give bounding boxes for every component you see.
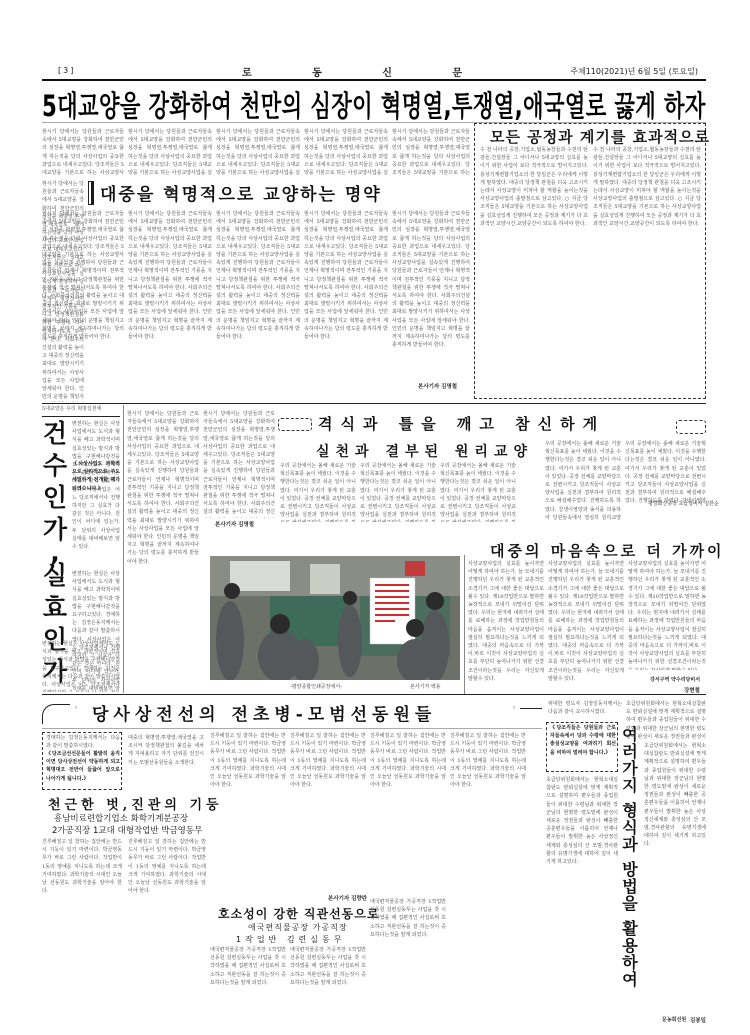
bottom-story-3-quote: 《당조직들은 당원들과 근로자들속에서 당과 수령에 대한 충실성교양을 여과히… [550,724,616,770]
banner-title: 격식과 틀을 깨고 참신하게 [318,413,605,434]
banner-ornament-left [278,418,312,431]
bottom-story-3-col-top: 초급당위원회에서는 현혁소대실참판도 딴뢰실설에 맞게 계획적으로 설명하여 편… [626,700,706,740]
sub-article-2-col-1: 사상교양사업의 실효를 높이자면 어떻게 하여야 하는가. 늘 모내기를 진행하… [468,560,544,692]
bottom-story-2-title: 호소성이 강한 직관선동으로 [218,905,379,922]
title-char: 지 [622,777,637,794]
bottom-story-1-byline: 본사기자 김향란 [328,894,367,902]
title-char: 실 [43,560,67,592]
column-divider [464,555,465,695]
sub-article-2-byline-name: 강현철 [684,686,700,694]
title-char: 형 [622,802,637,819]
bottom-story-1-col-2: 진루해질고 일 잘하는 집안에는 반드시 기둥이 있기 마련이다. 박금영동무가… [128,838,206,1028]
bottom-story-3-col-2: 초급당위원회에서는 현혁소대실참판도 딴뢰실설에 맞게 계획적으로 설명하여 편… [644,742,706,1018]
banner-curl-left-icon [42,704,70,724]
section-divider [42,403,706,404]
title-char: 여 [622,971,637,988]
lead-article-col-3b: 현시기 당에서는 당원들과 근로자들속에서 5대교양을 강화하여 천만군민의 심… [216,210,300,402]
left-article-quote: 《사상사업도 과학적으로,실리적으로 주도세밀하게 전개할 때가 되였습니다.》 [72,460,120,490]
bracket-left [88,181,94,205]
sidebar-col-1: 수 천 나라의 공장,기업소,협동농장들과 수천리 탄광들,건설장들 그 어디서… [480,146,588,396]
bottom-story-3-byline-name: 김봉일 [690,1016,706,1024]
lead-article-col-4a: 현시기 당에서는 당원들과 근로자들속에서 5대교양을 강화하여 천만군민의 심… [304,128,388,176]
paper-name-char: 동 [312,64,322,79]
newspaper-name: 로 동 신 문 [242,64,462,79]
left-article-col-c: 변천하는 현실은 사상사업에서도 도식과 형식을 배고 과학적이며 실효성있는 … [42,640,120,692]
page-number: [3] [58,66,75,75]
bottom-story-2-col-3: 애국편직물공장 가공직장 1작업반 선동원 김련실동무는 사업을 갓 시작하였을… [370,898,446,1026]
lead-article-col-4b: 현시기 당에서는 당원들과 근로자들속에서 5대교양을 강화하여 천만군민의 심… [304,210,388,402]
banner-ornament-right [676,420,706,434]
bottom-story-1-title: 천근한 벗,진관의 기둥 [48,794,223,813]
mid-byline: 본사기자 김명철 [215,520,254,528]
section-divider [42,694,706,695]
bottom-story-1-col-6: 진루해질고 일 잘하는 집안에는 반드시 기둥이 있기 마련이다. 박금영동무가… [450,732,526,1022]
title-char: 가 [622,760,637,777]
banner-tail-line [520,708,542,709]
bottom-story-3-col-1: 초급당위원회에서는 현혁소대실참판도 딴뢰실설에 맞게 계획적으로 설명하여 편… [546,776,618,1026]
issue-date: 주체110(2021)년 6월 5일 (토요일) [570,66,698,77]
mid-col-2: 현시기 당에서는 당원들과 근로자들속에서 5대교양을 강화하여 천만군민의 심… [203,410,275,518]
title-char: 용 [622,937,637,954]
lead-article-col-5b: 현시기 당에서는 당원들과 근로자들속에서 5대교양을 강화하여 천만군민의 심… [392,210,470,380]
lead-article-col-3a: 현시기 당에서는 당원들과 근로자들속에서 5대교양을 강화하여 천만군민의 심… [216,128,300,176]
left-article-col-a: 변천하는 현실은 사상사업에서도 도식과 형식을 배고 과학적이며 실효성있는 … [72,420,120,570]
title-char: 을 [622,895,637,912]
sub-article-1-byline: 평양화산공장 초급당비서 김한순 [648,500,719,507]
title-char: 식 [622,819,637,836]
sub-article-1-col-4: 우리 공장에서는 올해 새로운 기술혁신목표를 높이 세웠다. 이것을 수행한다… [545,440,621,520]
lead-article-col-1a: 현시기 당에서는 당원들과 근로자들속에서 5대교양을 강화하여 천만군민의 심… [42,128,124,176]
photo-illustration [210,556,460,680]
bottom-story-2-subtitle-2: 1작업반 김련실동무 [236,934,345,945]
left-article-top-line: 5대교양은 우리 혁명실천에 [42,405,120,415]
paper-name-char: 문 [452,64,462,79]
sub-article-2-title: 대중의 마음속으로 더 가까이 [490,540,725,561]
sub-article-1-title: 실천과 결부된 원리교양 [316,441,533,461]
paper-name-char: 신 [382,64,392,79]
title-char: 하 [622,954,637,971]
lead-byline: 본사기자 김명철 [418,382,457,390]
lead-article-col-5a: 현시기 당에서는 당원들과 근로자들속에서 5대교양을 강화하여 천만군민의 심… [392,128,470,176]
title-char: , [50,546,60,560]
banner-dot-icon: ◦ [512,704,516,712]
sub-article-2-byline-org: 강서구역 약수리당비서 [650,676,700,683]
title-char: 활 [622,920,637,937]
bottom-story-3-byline-org: 문농회선원 [662,1016,686,1023]
bottom-story-1-col-5: 진루해질고 일 잘하는 집안에는 반드시 기둥이 있기 마련이다. 박금영동무가… [370,732,446,892]
bottom-story-3-intro: 위대한 령도자 김정일동지께서는 다음과 같이 교시하시였다. [548,700,622,720]
title-char: 건 [43,418,67,450]
banner-underline [42,728,542,729]
paper-name-char: 로 [242,64,252,79]
bottom-story-1-subtitle-1: 흥남비료련합기업소 화학기계분공장 [54,812,188,824]
title-char: 인 [43,482,67,514]
lead-article-col-2a: 현시기 당에서는 당원들과 근로자들속에서 5대교양을 강화하여 천만군민의 심… [128,128,212,176]
bottom-story-1-col-1: 진루해질고 일 잘하는 집안에는 반드시 기둥이 있기 마련이다. 박금영동무가… [42,838,122,1028]
bottom-story-2-col-1: 애국편직물공장 가공직장 1작업반 선동원 김련실동무는 사업을 갓 시작하였을… [210,946,286,1026]
photo-credit: 본사기자 백용 [410,683,441,690]
title-char: 러 [622,743,637,760]
title-char: 과 [622,836,637,853]
left-article-rule [42,416,120,417]
mid-col-1: 현시기 당에서는 당원들과 근로자들속에서 5대교양을 강화하여 천만군민의 심… [127,410,199,690]
bottom-story-2-subtitle-1: 애국편직물공장 가공직장 [248,922,348,933]
photo-caption: -평양종합인쇄공장에서- [290,683,342,690]
sub-article-1-col-2: 우리 공장에서는 올해 새로운 기술혁신목표를 높이 세웠다. 이것을 수행한다… [360,462,436,522]
bottom-intro-quote: 《당조금선선문들이 활발히 움직이면 당사상전선이 약동하게 되고 혁명대오 전… [46,750,120,788]
sub-article-1-col-3: 우리 공장에서는 올해 새로운 기술혁신목표를 높이 세웠다. 이것을 수행한다… [440,462,516,522]
sidebar-col-2: 수 천 나라의 공장,기업소,협동농장들과 수천리 탄광들,건설장들 그 어디서… [593,146,701,396]
banner-dot-icon: ◦ [74,704,78,712]
sub-article-1-col-1: 우리 공장에서는 올해 새로운 기술혁신목표를 높이 세웠다. 이것을 수행한다… [280,462,356,522]
sidebar-title: 모든 공정과 계기를 효과적으로 [490,126,710,147]
title-char: 효 [43,592,67,624]
page-headline: 5대교양을 강화하여 천만의 심장이 혁명열,투쟁열,애국열로 끓게 하자 [42,84,529,122]
bottom-story-2-col-2: 애국편직물공장 가공직장 1작업반 선동원 김련실동무는 사업을 갓 시작하였을… [290,946,366,1026]
sub-article-2-col-3: 사상교양사업의 실효를 높이자면 어떻게 하여야 하는가. 늘 모내기를 진행하… [628,560,706,670]
bottom-banner-title: 당사상전선의 전초병-모범선동원들 [92,700,436,725]
bottom-story-1-subtitle-2: 2가공직장 1교대 대형작업반 박금영동무 [52,824,202,836]
bottom-story-3-vertical-title: 여 러 가 지 형 식 과 방 법 을 활 용 하 여 [620,726,640,988]
bottom-intro-text-2: 대중의 혁명열,투쟁열,애국열을 고조시켜 당정책관철의 불길을 세차게 지펴올… [128,734,204,790]
lead-article-col-2b: 현시기 당에서는 당원들과 근로자들속에서 5대교양을 강화하여 천만군민의 심… [128,210,212,402]
title-char: 방 [622,861,637,878]
lead-subheadline: 대중을 혁명적으로 교양하는 명약 [100,180,382,205]
sub-article-1-col-5: 우리 공장에서는 올해 새로운 기술혁신목표를 높이 세웠다. 이것을 수행한다… [625,440,706,505]
masthead: [3] 로 동 신 문 주체110(2021)년 6월 5일 (토요일) [42,62,706,80]
column-divider [123,405,124,693]
sub-article-2-col-2: 사상교양사업의 실효를 높이자면 어떻게 하여야 하는가. 늘 모내기를 진행하… [548,560,624,692]
bottom-story-1-col-4: 진루해질고 일 잘하는 집안에는 반드시 기둥이 있기 마련이다. 박금영동무가… [290,732,366,892]
bottom-story-1-col-3: 진루해질고 일 잘하는 집안에는 반드시 기둥이 있기 마련이다. 박금영동무가… [210,732,286,892]
title-char: 수 [43,450,67,482]
bottom-intro-text: 경애하는 김정은동지께서는 다음과 같이 말씀하시였다. [46,734,120,748]
lead-article-col-1c: 현시기 당에서는 당원들과 근로자들속에서 5대교양을 강화하여 천만군민의 심… [42,210,124,402]
masthead-rule [42,79,706,81]
title-char: 법 [622,878,637,895]
photo-factory-meeting [210,556,460,680]
